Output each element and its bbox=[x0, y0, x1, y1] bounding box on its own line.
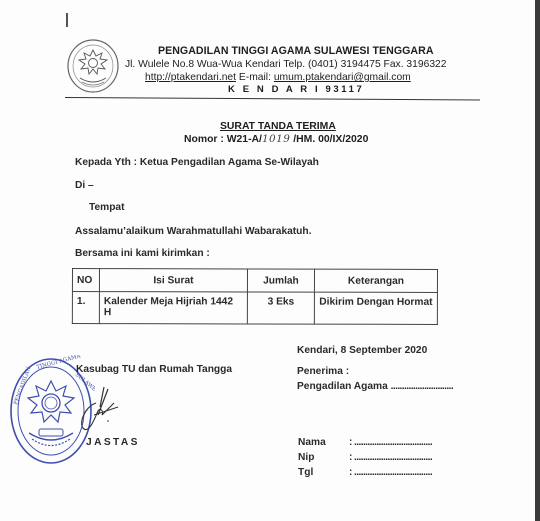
number-prefix: W21-A/ bbox=[227, 134, 262, 145]
intro-line: Bersama ini kami kirimkan : bbox=[75, 248, 210, 259]
nip-label: Nip bbox=[298, 452, 314, 463]
sender-name: JASTAS bbox=[86, 437, 140, 448]
cell-jumlah: 3 Eks bbox=[247, 292, 314, 324]
number-suffix: /HM. 00/IX/2020 bbox=[293, 134, 368, 145]
email-link[interactable]: umum.ptakendari@gmail.com bbox=[274, 72, 411, 83]
institution-address: Jl. Wulele No.8 Wua-Wua Kendari Telp. (0… bbox=[125, 59, 447, 70]
nip-blank[interactable]: : ................................... bbox=[349, 452, 432, 463]
signature-icon bbox=[74, 385, 122, 435]
pengadilan-agama-field: Pengadilan Agama .......................… bbox=[297, 381, 453, 392]
header-jumlah: Jumlah bbox=[247, 269, 314, 292]
cell-no: 1. bbox=[72, 292, 99, 324]
recipient-line: Kepada Yth : Ketua Pengadilan Agama Se-W… bbox=[75, 157, 319, 168]
cell-isi-surat: Kalender Meja Hijriah 1442 H bbox=[99, 292, 247, 324]
pa-blank[interactable]: ............................ bbox=[391, 381, 453, 392]
city-postal: K E N D A R I 93117 bbox=[228, 84, 364, 95]
header-divider bbox=[65, 97, 480, 101]
nama-blank[interactable]: : ................................... bbox=[349, 437, 432, 448]
website-link[interactable]: http://ptakendari.net bbox=[145, 72, 236, 83]
tempat-line: Tempat bbox=[89, 202, 124, 213]
nama-label: Nama bbox=[298, 437, 326, 448]
header-no: NO bbox=[72, 269, 99, 292]
place-date: Kendari, 8 September 2020 bbox=[297, 345, 427, 356]
document-title: SURAT TANDA TERIMA bbox=[220, 121, 336, 132]
items-table: NO Isi Surat Jumlah Keterangan 1. Kalend… bbox=[72, 268, 438, 325]
document-number: Nomor : W21-A/1019 /HM. 00/IX/2020 bbox=[184, 133, 368, 145]
di-line: Di – bbox=[75, 180, 94, 191]
scan-mark bbox=[66, 13, 68, 27]
header-isi-surat: Isi Surat bbox=[99, 269, 247, 292]
cell-keterangan: Dikirim Dengan Hormat bbox=[314, 292, 437, 324]
header-keterangan: Keterangan bbox=[314, 269, 437, 292]
scan-edge bbox=[535, 0, 540, 521]
table-row: 1. Kalender Meja Hijriah 1442 H 3 Eks Di… bbox=[72, 292, 437, 325]
tgl-blank[interactable]: : ................................... bbox=[349, 467, 432, 478]
pa-label: Pengadilan Agama bbox=[297, 381, 388, 392]
contact-line: http://ptakendari.net E-mail: umum.ptake… bbox=[145, 72, 411, 83]
sender-position: Kasubag TU dan Rumah Tangga bbox=[76, 364, 232, 375]
penerima-label: Penerima : bbox=[297, 366, 349, 377]
number-label: Nomor : bbox=[184, 134, 224, 145]
tgl-label: Tgl bbox=[298, 467, 313, 478]
greeting: Assalamu’alaikum Warahmatullahi Wabaraka… bbox=[75, 226, 311, 237]
number-handwritten: 1019 bbox=[262, 133, 290, 145]
court-emblem-icon bbox=[66, 38, 120, 94]
email-label: E-mail: bbox=[239, 72, 271, 83]
institution-name: PENGADILAN TINGGI AGAMA SULAWESI TENGGAR… bbox=[158, 45, 434, 57]
table-header-row: NO Isi Surat Jumlah Keterangan bbox=[72, 269, 437, 293]
